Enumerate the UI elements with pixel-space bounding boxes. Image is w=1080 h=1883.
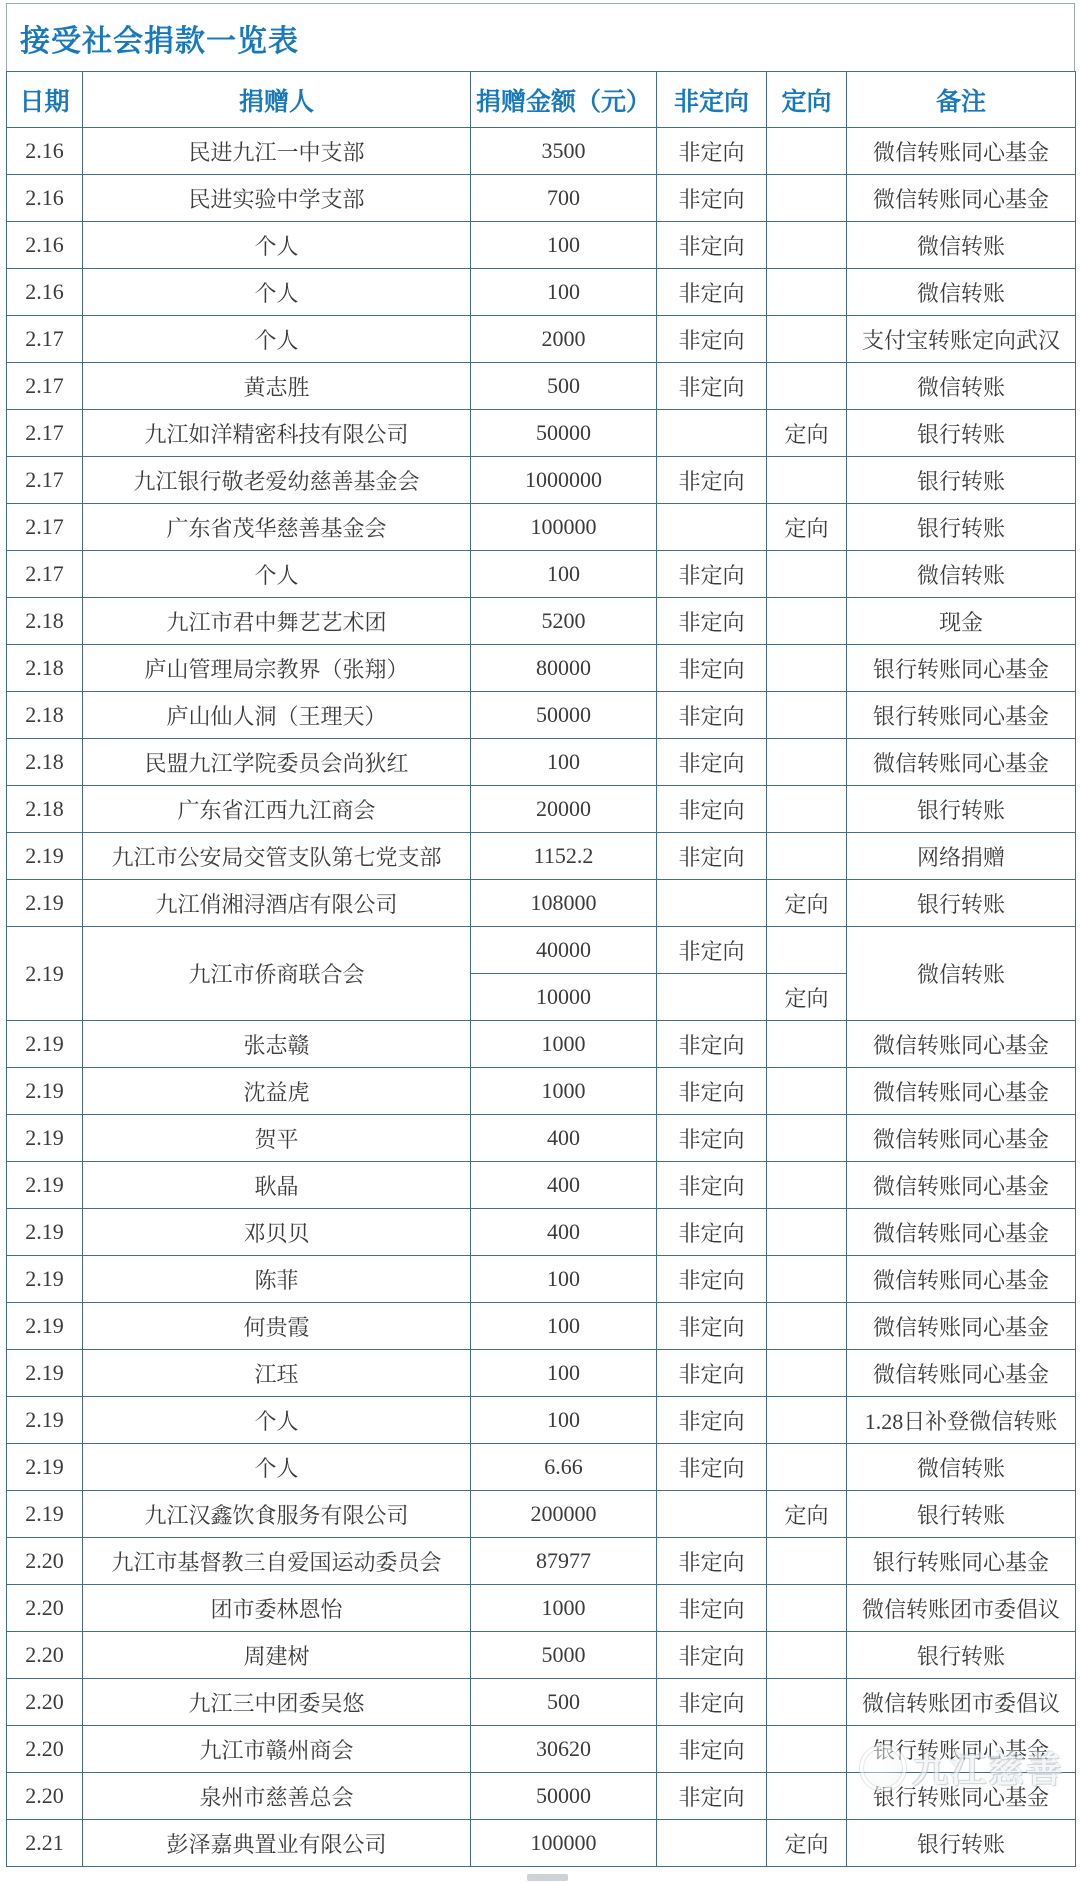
non-directed-cell (657, 880, 767, 927)
donor-cell: 江珏 (83, 1350, 471, 1397)
table-row: 2.17黄志胜500非定向微信转账 (7, 363, 1076, 410)
remark-cell: 银行转账同心基金 (847, 1773, 1076, 1820)
remark-cell: 银行转账 (847, 1820, 1076, 1867)
amount-cell: 10000 (471, 974, 657, 1021)
directed-cell (767, 1068, 847, 1115)
donor-cell: 九江汉鑫饮食服务有限公司 (83, 1491, 471, 1538)
date-cell: 2.17 (7, 410, 83, 457)
col-header-amount: 捐赠金额（元） (471, 72, 657, 128)
date-cell: 2.17 (7, 457, 83, 504)
donor-cell: 个人 (83, 1397, 471, 1444)
table-row: 2.19九江市侨商联合会40000非定向微信转账 (7, 927, 1076, 974)
directed-cell (767, 1632, 847, 1679)
directed-cell (767, 1162, 847, 1209)
directed-cell (767, 1256, 847, 1303)
amount-cell: 50000 (471, 410, 657, 457)
title-bar: 接受社会捐款一览表 (6, 3, 1075, 71)
donor-cell: 九江银行敬老爱幼慈善基金会 (83, 457, 471, 504)
non-directed-cell: 非定向 (657, 692, 767, 739)
table-row: 2.21彭泽嘉典置业有限公司100000定向银行转账 (7, 1820, 1076, 1867)
date-cell: 2.20 (7, 1585, 83, 1632)
remark-cell: 微信转账同心基金 (847, 128, 1076, 175)
non-directed-cell: 非定向 (657, 739, 767, 786)
remark-cell: 1.28日补登微信转账 (847, 1397, 1076, 1444)
non-directed-cell: 非定向 (657, 1115, 767, 1162)
amount-cell: 100000 (471, 1820, 657, 1867)
remark-cell: 微信转账同心基金 (847, 175, 1076, 222)
non-directed-cell: 非定向 (657, 1538, 767, 1585)
directed-cell (767, 551, 847, 598)
date-cell: 2.19 (7, 833, 83, 880)
remark-cell: 支付宝转账定向武汉 (847, 316, 1076, 363)
amount-cell: 87977 (471, 1538, 657, 1585)
amount-cell: 30620 (471, 1726, 657, 1773)
date-cell: 2.19 (7, 1115, 83, 1162)
remark-cell: 银行转账同心基金 (847, 1538, 1076, 1585)
table-row: 2.19九江市公安局交管支队第七党支部1152.2非定向网络捐赠 (7, 833, 1076, 880)
table-row: 2.19贺平400非定向微信转账同心基金 (7, 1115, 1076, 1162)
table-header: 日期 捐赠人 捐赠金额（元） 非定向 定向 备注 (7, 72, 1076, 128)
donor-cell: 广东省茂华慈善基金会 (83, 504, 471, 551)
remark-cell: 微信转账 (847, 269, 1076, 316)
donor-cell: 彭泽嘉典置业有限公司 (83, 1820, 471, 1867)
donor-cell: 广东省江西九江商会 (83, 786, 471, 833)
remark-cell: 微信转账同心基金 (847, 1068, 1076, 1115)
directed-cell (767, 316, 847, 363)
non-directed-cell (657, 1491, 767, 1538)
table-row: 2.19九江汉鑫饮食服务有限公司200000定向银行转账 (7, 1491, 1076, 1538)
donor-cell: 个人 (83, 222, 471, 269)
remark-cell: 银行转账 (847, 786, 1076, 833)
directed-cell (767, 269, 847, 316)
donor-cell: 泉州市慈善总会 (83, 1773, 471, 1820)
date-cell: 2.17 (7, 551, 83, 598)
remark-cell: 银行转账 (847, 880, 1076, 927)
non-directed-cell: 非定向 (657, 1350, 767, 1397)
remark-cell: 银行转账 (847, 410, 1076, 457)
directed-cell: 定向 (767, 1491, 847, 1538)
table-row: 2.20九江三中团委吴悠500非定向微信转账团市委倡议 (7, 1679, 1076, 1726)
remark-cell: 微信转账同心基金 (847, 1115, 1076, 1162)
amount-cell: 100 (471, 1350, 657, 1397)
date-cell: 2.16 (7, 222, 83, 269)
directed-cell (767, 1115, 847, 1162)
non-directed-cell: 非定向 (657, 1679, 767, 1726)
amount-cell: 100 (471, 1256, 657, 1303)
non-directed-cell: 非定向 (657, 128, 767, 175)
non-directed-cell: 非定向 (657, 833, 767, 880)
amount-cell: 500 (471, 363, 657, 410)
remark-cell: 微信转账同心基金 (847, 1303, 1076, 1350)
non-directed-cell (657, 1820, 767, 1867)
col-header-directed: 定向 (767, 72, 847, 128)
donor-cell: 周建树 (83, 1632, 471, 1679)
non-directed-cell: 非定向 (657, 1585, 767, 1632)
directed-cell (767, 1444, 847, 1491)
date-cell: 2.19 (7, 1256, 83, 1303)
amount-cell: 100 (471, 1397, 657, 1444)
non-directed-cell: 非定向 (657, 1632, 767, 1679)
directed-cell (767, 1350, 847, 1397)
directed-cell (767, 363, 847, 410)
table-row: 2.20周建树5000非定向银行转账 (7, 1632, 1076, 1679)
amount-cell: 500 (471, 1679, 657, 1726)
table-row: 2.18庐山仙人洞（王理天）50000非定向银行转账同心基金 (7, 692, 1076, 739)
non-directed-cell: 非定向 (657, 645, 767, 692)
non-directed-cell: 非定向 (657, 927, 767, 974)
date-cell: 2.19 (7, 1021, 83, 1068)
directed-cell (767, 692, 847, 739)
amount-cell: 2000 (471, 316, 657, 363)
remark-cell: 微信转账 (847, 363, 1076, 410)
table-row: 2.17个人2000非定向支付宝转账定向武汉 (7, 316, 1076, 363)
amount-cell: 100 (471, 1303, 657, 1350)
remark-cell: 银行转账同心基金 (847, 692, 1076, 739)
table-row: 2.20九江市赣州商会30620非定向银行转账同心基金 (7, 1726, 1076, 1773)
non-directed-cell: 非定向 (657, 222, 767, 269)
table-row: 2.19陈菲100非定向微信转账同心基金 (7, 1256, 1076, 1303)
non-directed-cell: 非定向 (657, 1021, 767, 1068)
amount-cell: 20000 (471, 786, 657, 833)
date-cell: 2.19 (7, 1303, 83, 1350)
non-directed-cell: 非定向 (657, 457, 767, 504)
directed-cell (767, 927, 847, 974)
remark-cell: 银行转账 (847, 1632, 1076, 1679)
date-cell: 2.17 (7, 504, 83, 551)
donor-cell: 贺平 (83, 1115, 471, 1162)
amount-cell: 100 (471, 222, 657, 269)
donation-sheet: 接受社会捐款一览表 日期 捐赠人 捐赠金额（元） 非定向 定向 备注 2.16民… (6, 3, 1075, 1867)
directed-cell (767, 222, 847, 269)
table-row: 2.18广东省江西九江商会20000非定向银行转账 (7, 786, 1076, 833)
donor-cell: 九江三中团委吴悠 (83, 1679, 471, 1726)
donor-cell: 九江市基督教三自爱国运动委员会 (83, 1538, 471, 1585)
non-directed-cell: 非定向 (657, 598, 767, 645)
non-directed-cell: 非定向 (657, 1726, 767, 1773)
date-cell: 2.19 (7, 1068, 83, 1115)
amount-cell: 5000 (471, 1632, 657, 1679)
table-row: 2.16民进九江一中支部3500非定向微信转账同心基金 (7, 128, 1076, 175)
amount-cell: 400 (471, 1209, 657, 1256)
amount-cell: 5200 (471, 598, 657, 645)
donor-cell: 九江市侨商联合会 (83, 927, 471, 1021)
date-cell: 2.16 (7, 175, 83, 222)
table-row: 2.17九江如洋精密科技有限公司50000定向银行转账 (7, 410, 1076, 457)
col-header-remark: 备注 (847, 72, 1076, 128)
directed-cell (767, 1397, 847, 1444)
table-row: 2.20团市委林恩怡1000非定向微信转账团市委倡议 (7, 1585, 1076, 1632)
amount-cell: 100 (471, 269, 657, 316)
non-directed-cell: 非定向 (657, 551, 767, 598)
directed-cell (767, 786, 847, 833)
table-row: 2.20九江市基督教三自爱国运动委员会87977非定向银行转账同心基金 (7, 1538, 1076, 1585)
amount-cell: 1000000 (471, 457, 657, 504)
donor-cell: 个人 (83, 316, 471, 363)
table-row: 2.17九江银行敬老爱幼慈善基金会1000000非定向银行转账 (7, 457, 1076, 504)
amount-cell: 6.66 (471, 1444, 657, 1491)
non-directed-cell: 非定向 (657, 1209, 767, 1256)
amount-cell: 200000 (471, 1491, 657, 1538)
remark-cell: 微信转账同心基金 (847, 1256, 1076, 1303)
donor-cell: 何贵霞 (83, 1303, 471, 1350)
remark-cell: 微信转账 (847, 551, 1076, 598)
amount-cell: 100 (471, 739, 657, 786)
non-directed-cell: 非定向 (657, 1397, 767, 1444)
table-row: 2.19九江俏湘浔酒店有限公司108000定向银行转账 (7, 880, 1076, 927)
amount-cell: 40000 (471, 927, 657, 974)
directed-cell: 定向 (767, 410, 847, 457)
remark-cell: 微信转账团市委倡议 (847, 1679, 1076, 1726)
remark-cell: 现金 (847, 598, 1076, 645)
non-directed-cell: 非定向 (657, 1444, 767, 1491)
amount-cell: 108000 (471, 880, 657, 927)
directed-cell (767, 598, 847, 645)
directed-cell (767, 739, 847, 786)
date-cell: 2.18 (7, 739, 83, 786)
non-directed-cell: 非定向 (657, 1068, 767, 1115)
amount-cell: 1000 (471, 1068, 657, 1115)
table-row: 2.19个人6.66非定向微信转账 (7, 1444, 1076, 1491)
date-cell: 2.19 (7, 1162, 83, 1209)
non-directed-cell (657, 410, 767, 457)
amount-cell: 400 (471, 1162, 657, 1209)
date-cell: 2.18 (7, 645, 83, 692)
table-row: 2.19个人100非定向1.28日补登微信转账 (7, 1397, 1076, 1444)
date-cell: 2.19 (7, 880, 83, 927)
table-row: 2.19邓贝贝400非定向微信转账同心基金 (7, 1209, 1076, 1256)
date-cell: 2.18 (7, 692, 83, 739)
date-cell: 2.17 (7, 363, 83, 410)
directed-cell (767, 1209, 847, 1256)
non-directed-cell (657, 504, 767, 551)
non-directed-cell: 非定向 (657, 175, 767, 222)
non-directed-cell: 非定向 (657, 786, 767, 833)
donor-cell: 九江如洋精密科技有限公司 (83, 410, 471, 457)
col-header-nondirected: 非定向 (657, 72, 767, 128)
table-row: 2.17个人100非定向微信转账 (7, 551, 1076, 598)
directed-cell (767, 645, 847, 692)
date-cell: 2.17 (7, 316, 83, 363)
col-header-donor: 捐赠人 (83, 72, 471, 128)
amount-cell: 50000 (471, 692, 657, 739)
remark-cell: 微信转账同心基金 (847, 739, 1076, 786)
donor-cell: 个人 (83, 1444, 471, 1491)
donor-cell: 民进九江一中支部 (83, 128, 471, 175)
donor-cell: 个人 (83, 269, 471, 316)
donor-cell: 耿晶 (83, 1162, 471, 1209)
remark-cell: 银行转账 (847, 1491, 1076, 1538)
directed-cell (767, 128, 847, 175)
directed-cell (767, 1773, 847, 1820)
directed-cell (767, 1585, 847, 1632)
directed-cell: 定向 (767, 974, 847, 1021)
table-row: 2.19沈益虎1000非定向微信转账同心基金 (7, 1068, 1076, 1115)
donor-cell: 邓贝贝 (83, 1209, 471, 1256)
donor-cell: 张志赣 (83, 1021, 471, 1068)
table-row: 2.19耿晶400非定向微信转账同心基金 (7, 1162, 1076, 1209)
directed-cell (767, 833, 847, 880)
date-cell: 2.18 (7, 598, 83, 645)
col-header-date: 日期 (7, 72, 83, 128)
non-directed-cell: 非定向 (657, 269, 767, 316)
date-cell: 2.19 (7, 927, 83, 1021)
table-row: 2.20泉州市慈善总会50000非定向银行转账同心基金 (7, 1773, 1076, 1820)
remark-cell: 微信转账同心基金 (847, 1209, 1076, 1256)
remark-cell: 微信转账 (847, 927, 1076, 1021)
amount-cell: 1000 (471, 1585, 657, 1632)
remark-cell: 微信转账 (847, 1444, 1076, 1491)
donor-cell: 九江市公安局交管支队第七党支部 (83, 833, 471, 880)
donor-cell: 沈益虎 (83, 1068, 471, 1115)
donor-cell: 庐山管理局宗教界（张翔） (83, 645, 471, 692)
date-cell: 2.19 (7, 1350, 83, 1397)
donor-cell: 九江俏湘浔酒店有限公司 (83, 880, 471, 927)
date-cell: 2.20 (7, 1538, 83, 1585)
page-title: 接受社会捐款一览表 (20, 16, 299, 60)
amount-cell: 50000 (471, 1773, 657, 1820)
remark-cell: 微信转账同心基金 (847, 1162, 1076, 1209)
amount-cell: 1000 (471, 1021, 657, 1068)
remark-cell: 银行转账 (847, 457, 1076, 504)
non-directed-cell (657, 974, 767, 1021)
amount-cell: 400 (471, 1115, 657, 1162)
amount-cell: 80000 (471, 645, 657, 692)
donor-cell: 陈菲 (83, 1256, 471, 1303)
non-directed-cell: 非定向 (657, 316, 767, 363)
header-row: 日期 捐赠人 捐赠金额（元） 非定向 定向 备注 (7, 72, 1076, 128)
table-row: 2.19江珏100非定向微信转账同心基金 (7, 1350, 1076, 1397)
donation-table: 日期 捐赠人 捐赠金额（元） 非定向 定向 备注 2.16民进九江一中支部350… (6, 71, 1076, 1867)
table-row: 2.19张志赣1000非定向微信转账同心基金 (7, 1021, 1076, 1068)
donor-cell: 团市委林恩怡 (83, 1585, 471, 1632)
date-cell: 2.21 (7, 1820, 83, 1867)
remark-cell: 银行转账 (847, 504, 1076, 551)
directed-cell: 定向 (767, 880, 847, 927)
date-cell: 2.19 (7, 1491, 83, 1538)
amount-cell: 100000 (471, 504, 657, 551)
donor-cell: 民进实验中学支部 (83, 175, 471, 222)
table-row: 2.16个人100非定向微信转账 (7, 222, 1076, 269)
donor-cell: 个人 (83, 551, 471, 598)
date-cell: 2.18 (7, 786, 83, 833)
remark-cell: 银行转账同心基金 (847, 645, 1076, 692)
donor-cell: 九江市赣州商会 (83, 1726, 471, 1773)
amount-cell: 100 (471, 551, 657, 598)
directed-cell: 定向 (767, 504, 847, 551)
donation-table-body: 2.16民进九江一中支部3500非定向微信转账同心基金2.16民进实验中学支部7… (7, 128, 1076, 1867)
date-cell: 2.20 (7, 1632, 83, 1679)
directed-cell: 定向 (767, 1820, 847, 1867)
table-row: 2.18九江市君中舞艺艺术团5200非定向现金 (7, 598, 1076, 645)
scroll-indicator (527, 1874, 568, 1881)
amount-cell: 1152.2 (471, 833, 657, 880)
non-directed-cell: 非定向 (657, 1303, 767, 1350)
amount-cell: 700 (471, 175, 657, 222)
directed-cell (767, 1679, 847, 1726)
date-cell: 2.20 (7, 1773, 83, 1820)
directed-cell (767, 1021, 847, 1068)
date-cell: 2.16 (7, 128, 83, 175)
remark-cell: 微信转账同心基金 (847, 1350, 1076, 1397)
directed-cell (767, 1726, 847, 1773)
date-cell: 2.16 (7, 269, 83, 316)
date-cell: 2.19 (7, 1444, 83, 1491)
date-cell: 2.19 (7, 1397, 83, 1444)
donor-cell: 民盟九江学院委员会尚狄红 (83, 739, 471, 786)
table-row: 2.16个人100非定向微信转账 (7, 269, 1076, 316)
remark-cell: 银行转账同心基金 (847, 1726, 1076, 1773)
donor-cell: 九江市君中舞艺艺术团 (83, 598, 471, 645)
table-row: 2.19何贵霞100非定向微信转账同心基金 (7, 1303, 1076, 1350)
table-row: 2.18民盟九江学院委员会尚狄红100非定向微信转账同心基金 (7, 739, 1076, 786)
directed-cell (767, 457, 847, 504)
date-cell: 2.19 (7, 1209, 83, 1256)
date-cell: 2.20 (7, 1679, 83, 1726)
table-row: 2.16民进实验中学支部700非定向微信转账同心基金 (7, 175, 1076, 222)
remark-cell: 微信转账同心基金 (847, 1021, 1076, 1068)
table-row: 2.17广东省茂华慈善基金会100000定向银行转账 (7, 504, 1076, 551)
donor-cell: 庐山仙人洞（王理天） (83, 692, 471, 739)
amount-cell: 3500 (471, 128, 657, 175)
remark-cell: 微信转账 (847, 222, 1076, 269)
directed-cell (767, 1538, 847, 1585)
non-directed-cell: 非定向 (657, 1773, 767, 1820)
remark-cell: 网络捐赠 (847, 833, 1076, 880)
remark-cell: 微信转账团市委倡议 (847, 1585, 1076, 1632)
table-row: 2.18庐山管理局宗教界（张翔）80000非定向银行转账同心基金 (7, 645, 1076, 692)
date-cell: 2.20 (7, 1726, 83, 1773)
directed-cell (767, 175, 847, 222)
non-directed-cell: 非定向 (657, 363, 767, 410)
non-directed-cell: 非定向 (657, 1162, 767, 1209)
donor-cell: 黄志胜 (83, 363, 471, 410)
directed-cell (767, 1303, 847, 1350)
non-directed-cell: 非定向 (657, 1256, 767, 1303)
